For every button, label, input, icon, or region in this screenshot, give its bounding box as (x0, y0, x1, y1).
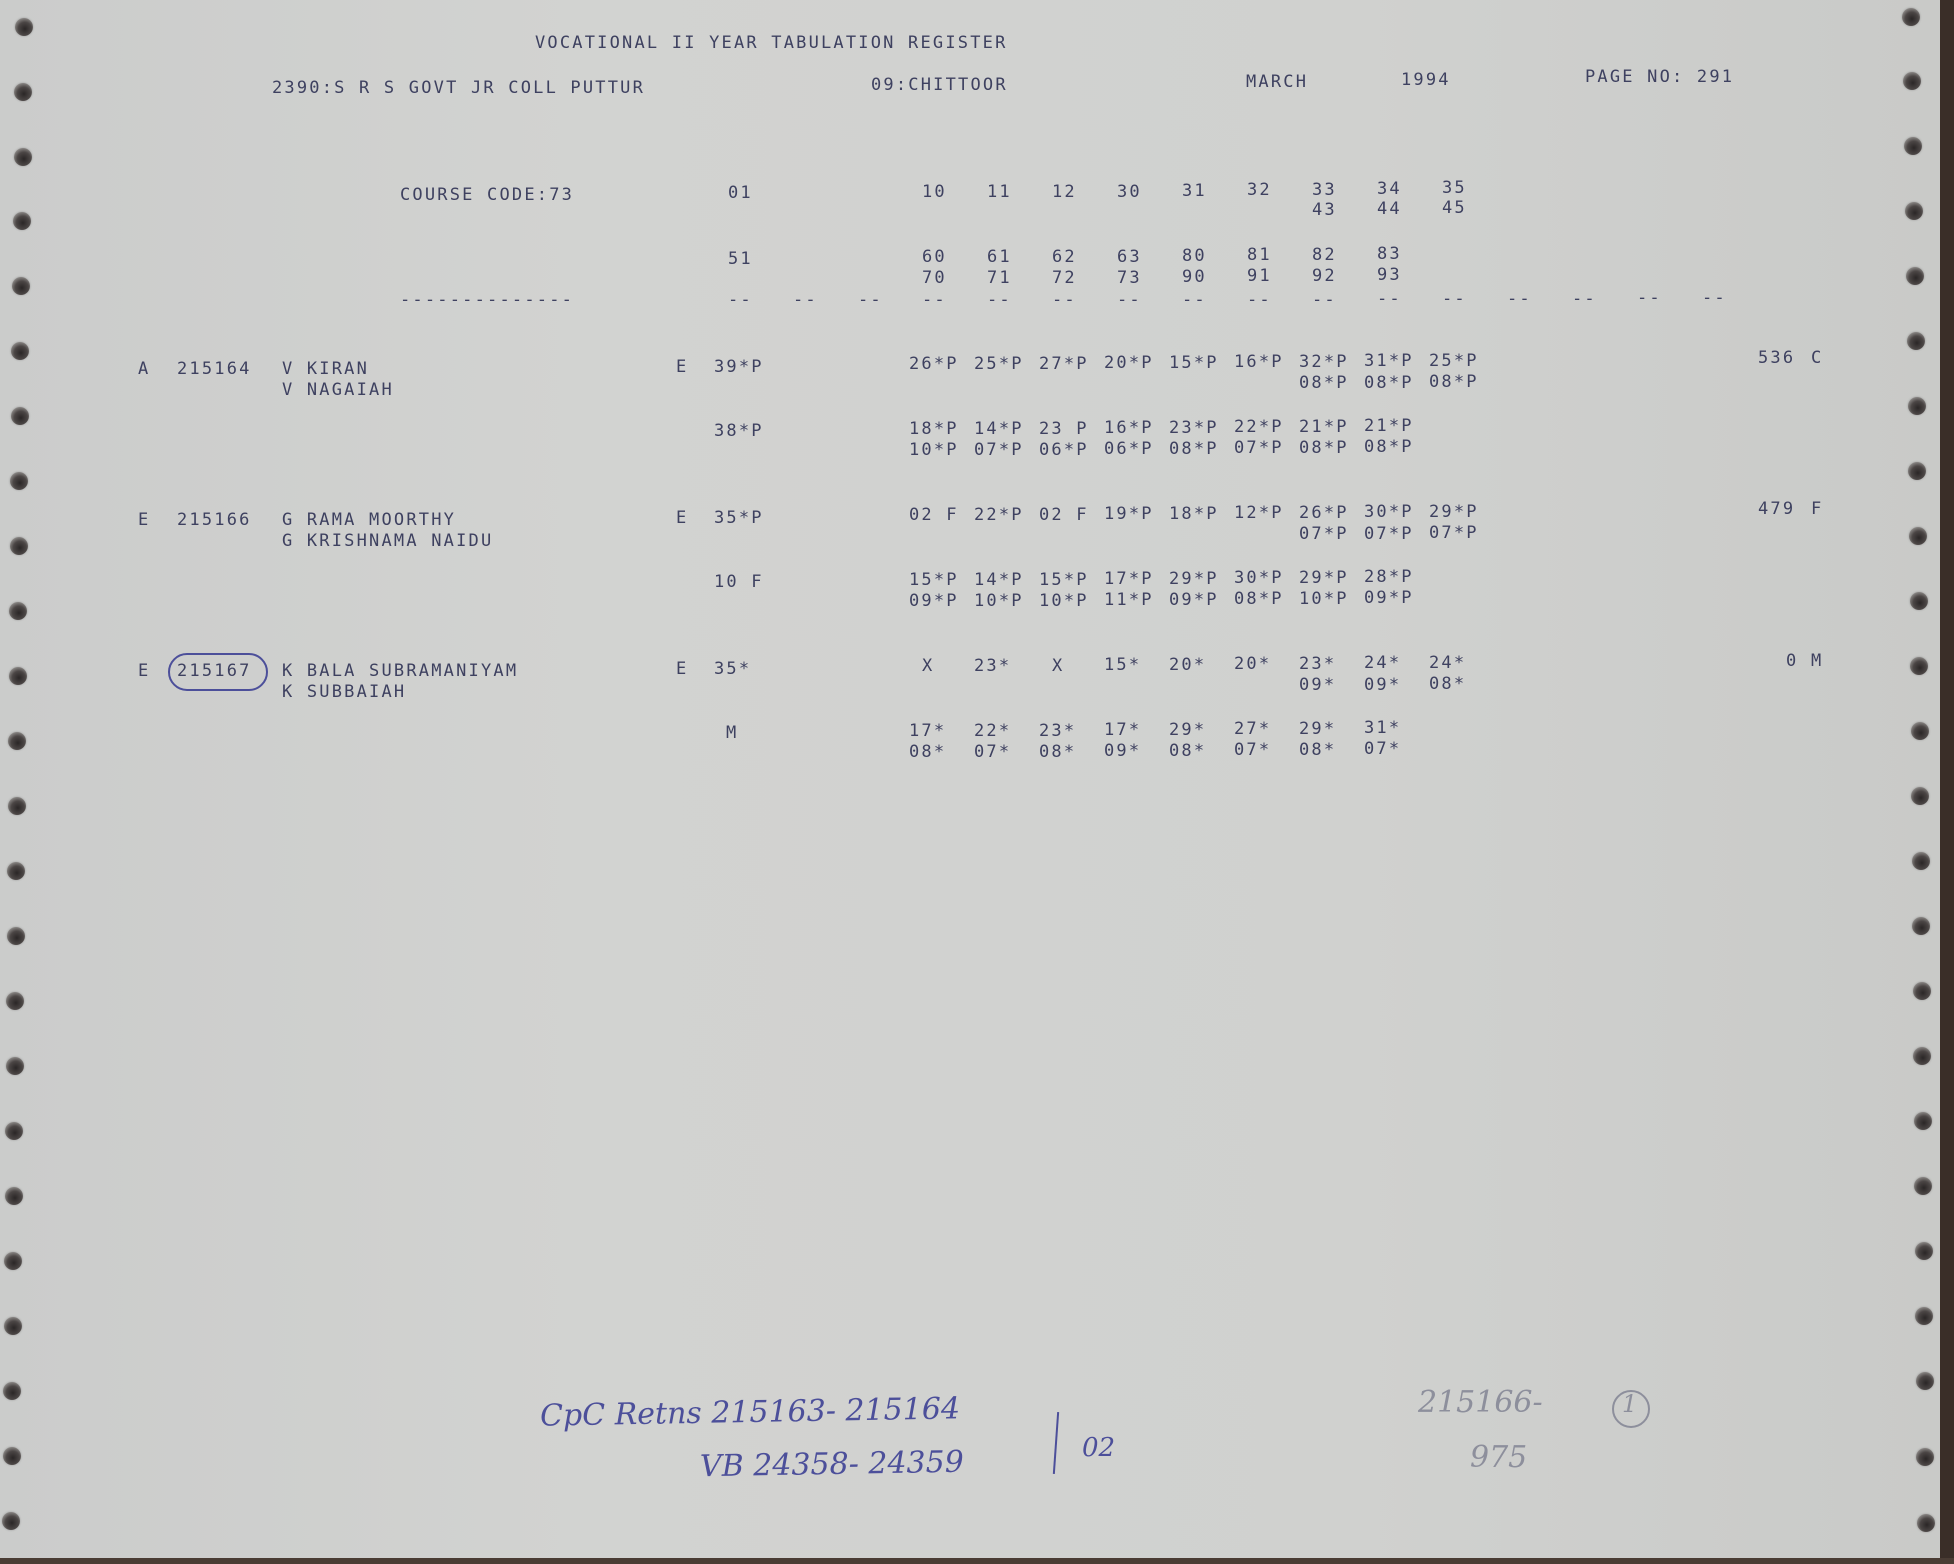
handwritten-divider (1053, 1412, 1059, 1474)
subject-mark: 21*P (1299, 417, 1349, 437)
father-name: G KRISHNAMA NAIDU (282, 531, 493, 551)
column-dash: -- (1182, 290, 1207, 310)
column-dash: -- (1507, 289, 1532, 309)
header-underline: -------------- (400, 290, 574, 310)
subject-submark: 09*P (909, 591, 959, 611)
sprocket-hole (8, 732, 26, 750)
subject-code: 35 (1442, 178, 1467, 198)
column-dash: -- (1052, 290, 1077, 310)
sprocket-hole (1908, 397, 1926, 415)
subject-mark: 31*P (1364, 351, 1414, 371)
subject-submark: 08*P (1299, 438, 1349, 458)
subject-mark: 23* (974, 656, 1011, 676)
subject-mark: 22*P (1234, 417, 1284, 437)
student-name: G RAMA MOORTHY (282, 510, 456, 530)
handwritten-pencil-note: 215166- (1418, 1385, 1543, 1420)
subject-mark: 29* (1299, 719, 1336, 739)
sprocket-hole (1912, 917, 1930, 935)
tabulation-sheet: VOCATIONAL II YEAR TABULATION REGISTER 2… (0, 0, 1940, 1560)
column-dash: -- (1247, 290, 1272, 310)
exam-month: MARCH (1246, 72, 1308, 92)
medium: E (676, 508, 688, 528)
subject-code: 81 (1247, 245, 1272, 265)
sprocket-hole (6, 1057, 24, 1075)
subject-mark: X (922, 656, 934, 676)
sprocket-hole (14, 83, 32, 101)
sprocket-hole (1915, 1242, 1933, 1260)
paper-bottom-edge (0, 1558, 1954, 1564)
subject-code-part1: 01 (728, 183, 753, 203)
subject-submark: 08* (1429, 674, 1466, 694)
subject-mark: 25*P (974, 354, 1024, 374)
subject-mark: 27* (1234, 719, 1271, 739)
handwritten-pencil-number: 975 (1470, 1440, 1527, 1475)
subject-submark: 07* (1234, 740, 1271, 760)
subject-mark: 17* (909, 721, 946, 741)
district-name: 09:CHITTOOR (871, 75, 1008, 95)
sprocket-hole (4, 1317, 22, 1335)
subject-submark: 07*P (974, 440, 1024, 460)
subject-mark: 18*P (1169, 504, 1219, 524)
sprocket-hole (15, 18, 33, 36)
subject-submark: 10*P (1299, 589, 1349, 609)
subject-submark: 10*P (1039, 591, 1089, 611)
subject-code: 61 (987, 247, 1012, 267)
sprocket-hole (10, 537, 28, 555)
result-code: M (1811, 651, 1823, 671)
sprocket-hole (1912, 852, 1930, 870)
subject-subcode: 91 (1247, 266, 1272, 286)
column-dash: -- (1442, 289, 1467, 309)
subject-mark: 25*P (1429, 351, 1479, 371)
page-number: PAGE NO: 291 (1585, 67, 1734, 87)
column-dash: -- (1117, 290, 1142, 310)
subject-mark: 29* (1169, 720, 1206, 740)
subject-mark: 15*P (1169, 353, 1219, 373)
subject-submark: 08* (1169, 741, 1206, 761)
hall-ticket-number: 215164 (177, 359, 252, 379)
grade-prefix: E (138, 510, 150, 530)
subject-code: 80 (1182, 246, 1207, 266)
subject-submark: 07* (974, 742, 1011, 762)
subject-mark: 23*P (1169, 418, 1219, 438)
column-dash: -- (987, 290, 1012, 310)
subject-mark: 18*P (909, 419, 959, 439)
subject-subcode: 71 (987, 268, 1012, 288)
subject-mark: 12*P (1234, 503, 1284, 523)
handwritten-note-line2: VB 24358- 24359 (700, 1445, 964, 1485)
subject-mark: 30*P (1234, 568, 1284, 588)
sprocket-hole (13, 212, 31, 230)
column-dash: -- (1637, 288, 1662, 308)
total-marks: 536 (1758, 348, 1795, 368)
sprocket-hole (1916, 1372, 1934, 1390)
subject-submark: 08* (1299, 740, 1336, 760)
sprocket-hole (7, 927, 25, 945)
subject-code: 63 (1117, 247, 1142, 267)
sprocket-hole (7, 862, 25, 880)
medium: E (676, 659, 688, 679)
subject-mark: 20*P (1104, 353, 1154, 373)
subject-code: 30 (1117, 182, 1142, 202)
sprocket-hole (1917, 1514, 1935, 1532)
student-name: V KIRAN (282, 359, 369, 379)
subject-submark: 08*P (1364, 373, 1414, 393)
father-name: V NAGAIAH (282, 380, 394, 400)
medium: E (676, 357, 688, 377)
subject-mark: 22*P (974, 505, 1024, 525)
subject-subcode: 43 (1312, 200, 1337, 220)
sprocket-hole (1915, 1307, 1933, 1325)
subject-submark: 07*P (1364, 524, 1414, 544)
subject-code: 60 (922, 247, 947, 267)
subject-mark: 23 P (1039, 419, 1089, 439)
subject-code: 83 (1377, 244, 1402, 264)
subject-code: 31 (1182, 181, 1207, 201)
column-dash: -- (858, 290, 883, 310)
subject-submark: 08*P (1364, 437, 1414, 457)
column-dash: -- (793, 290, 818, 310)
subject-code-part2: 51 (728, 249, 753, 269)
sprocket-hole (1908, 462, 1926, 480)
column-dash: -- (922, 290, 947, 310)
part2-mark: 38*P (714, 421, 764, 441)
sprocket-hole (1902, 8, 1920, 26)
sprocket-hole (8, 797, 26, 815)
subject-subcode: 73 (1117, 268, 1142, 288)
subject-submark: 09* (1104, 741, 1141, 761)
subject-code: 32 (1247, 180, 1272, 200)
grade-prefix: A (138, 359, 150, 379)
hall-ticket-number: 215167 (177, 661, 252, 681)
subject-code: 33 (1312, 180, 1337, 200)
subject-code: 12 (1052, 182, 1077, 202)
subject-mark: 23* (1299, 654, 1336, 674)
subject-mark: 15*P (909, 570, 959, 590)
subject-mark: 24* (1429, 653, 1466, 673)
subject-submark: 10*P (974, 591, 1024, 611)
sprocket-hole (9, 667, 27, 685)
subject-mark: 28*P (1364, 567, 1414, 587)
sprocket-hole (6, 992, 24, 1010)
subject-mark: 32*P (1299, 352, 1349, 372)
subject-mark: 15* (1104, 655, 1141, 675)
sprocket-hole (11, 342, 29, 360)
subject-mark: 26*P (909, 354, 959, 374)
total-marks: 0 (1786, 651, 1798, 671)
subject-subcode: 70 (922, 268, 947, 288)
subject-mark: 30*P (1364, 502, 1414, 522)
column-dash: -- (1702, 288, 1727, 308)
exam-year: 1994 (1401, 70, 1451, 90)
subject-submark: 09*P (1169, 590, 1219, 610)
subject-submark: 08* (1039, 742, 1076, 762)
subject-mark: 14*P (974, 570, 1024, 590)
subject-submark: 08*P (1234, 589, 1284, 609)
sprocket-hole (1914, 1112, 1932, 1130)
subject-submark: 07* (1364, 739, 1401, 759)
sprocket-hole (3, 1447, 21, 1465)
subject-submark: 09* (1299, 675, 1336, 695)
subject-mark: 20* (1169, 655, 1206, 675)
subject-subcode: 72 (1052, 268, 1077, 288)
subject-code: 82 (1312, 245, 1337, 265)
part2-mark: 10 F (714, 572, 764, 592)
sprocket-hole (1903, 72, 1921, 90)
sprocket-hole (1910, 592, 1928, 610)
sprocket-hole (1911, 787, 1929, 805)
total-marks: 479 (1758, 499, 1795, 519)
part1-mark: 35*P (714, 508, 764, 528)
subject-submark: 06*P (1039, 440, 1089, 460)
subject-code: 62 (1052, 247, 1077, 267)
subject-mark: 16*P (1104, 418, 1154, 438)
subject-submark: 08*P (1299, 373, 1349, 393)
subject-submark: 07*P (1299, 524, 1349, 544)
course-code: COURSE CODE:73 (400, 185, 574, 205)
subject-submark: 08* (909, 742, 946, 762)
part1-mark: 39*P (714, 357, 764, 377)
subject-subcode: 93 (1377, 265, 1402, 285)
sprocket-hole (1911, 722, 1929, 740)
sprocket-hole (9, 602, 27, 620)
sprocket-hole (1904, 137, 1922, 155)
sprocket-hole (1914, 1177, 1932, 1195)
subject-mark: 29*P (1299, 568, 1349, 588)
sprocket-hole (3, 1382, 21, 1400)
subject-mark: 20* (1234, 654, 1271, 674)
subject-mark: 15*P (1039, 570, 1089, 590)
student-name: K BALA SUBRAMANIYAM (282, 661, 518, 681)
sprocket-hole (1905, 202, 1923, 220)
sprocket-hole (11, 407, 29, 425)
sprocket-hole (1910, 657, 1928, 675)
sprocket-hole (10, 472, 28, 490)
sprocket-hole (5, 1122, 23, 1140)
sprocket-hole (1913, 1047, 1931, 1065)
handwritten-note-line1: CpC Retns 215163- 215164 (540, 1391, 961, 1433)
paper-edge-shadow (1940, 0, 1954, 1564)
sprocket-hole (5, 1187, 23, 1205)
handwritten-note-suffix: 02 (1082, 1433, 1115, 1463)
subject-subcode: 92 (1312, 266, 1337, 286)
father-name: K SUBBAIAH (282, 682, 406, 702)
subject-subcode: 44 (1377, 199, 1402, 219)
grade-prefix: E (138, 661, 150, 681)
column-dash: -- (1312, 290, 1337, 310)
subject-mark: 24* (1364, 653, 1401, 673)
subject-submark: 09*P (1364, 588, 1414, 608)
column-dash: -- (1572, 289, 1597, 309)
sprocket-hole (1916, 1448, 1934, 1466)
subject-submark: 06*P (1104, 439, 1154, 459)
subject-mark: 17* (1104, 720, 1141, 740)
sprocket-hole (1909, 527, 1927, 545)
subject-mark: X (1052, 656, 1064, 676)
handwritten-circled-value: 1 (1622, 1390, 1637, 1418)
subject-mark: 21*P (1364, 416, 1414, 436)
subject-mark: 23* (1039, 721, 1076, 741)
subject-mark: 31* (1364, 718, 1401, 738)
part2-mark: M (726, 723, 738, 743)
subject-code: 11 (987, 182, 1012, 202)
subject-submark: 08*P (1169, 439, 1219, 459)
column-dash: -- (728, 290, 753, 310)
sprocket-hole (1913, 982, 1931, 1000)
part1-mark: 35* (714, 659, 751, 679)
subject-submark: 10*P (909, 440, 959, 460)
subject-submark: 07*P (1234, 438, 1284, 458)
sprocket-hole (14, 148, 32, 166)
subject-mark: 26*P (1299, 503, 1349, 523)
subject-submark: 09* (1364, 675, 1401, 695)
subject-mark: 14*P (974, 419, 1024, 439)
column-dash: -- (1377, 289, 1402, 309)
subject-mark: 16*P (1234, 352, 1284, 372)
college-name: 2390:S R S GOVT JR COLL PUTTUR (272, 78, 645, 98)
subject-mark: 02 F (909, 505, 959, 525)
sprocket-hole (2, 1512, 20, 1530)
subject-mark: 27*P (1039, 354, 1089, 374)
subject-submark: 07*P (1429, 523, 1479, 543)
subject-mark: 29*P (1169, 569, 1219, 589)
sprocket-hole (1907, 332, 1925, 350)
subject-mark: 22* (974, 721, 1011, 741)
sprocket-hole (12, 277, 30, 295)
hall-ticket-number: 215166 (177, 510, 252, 530)
subject-mark: 29*P (1429, 502, 1479, 522)
subject-code: 10 (922, 182, 947, 202)
subject-submark: 11*P (1104, 590, 1154, 610)
subject-subcode: 45 (1442, 198, 1467, 218)
subject-mark: 19*P (1104, 504, 1154, 524)
sprocket-hole (1906, 267, 1924, 285)
register-title: VOCATIONAL II YEAR TABULATION REGISTER (535, 33, 1008, 53)
result-code: C (1811, 348, 1823, 368)
result-code: F (1811, 499, 1823, 519)
sprocket-hole (4, 1252, 22, 1270)
subject-mark: 17*P (1104, 569, 1154, 589)
subject-subcode: 90 (1182, 267, 1207, 287)
subject-code: 34 (1377, 179, 1402, 199)
subject-submark: 08*P (1429, 372, 1479, 392)
subject-mark: 02 F (1039, 505, 1089, 525)
